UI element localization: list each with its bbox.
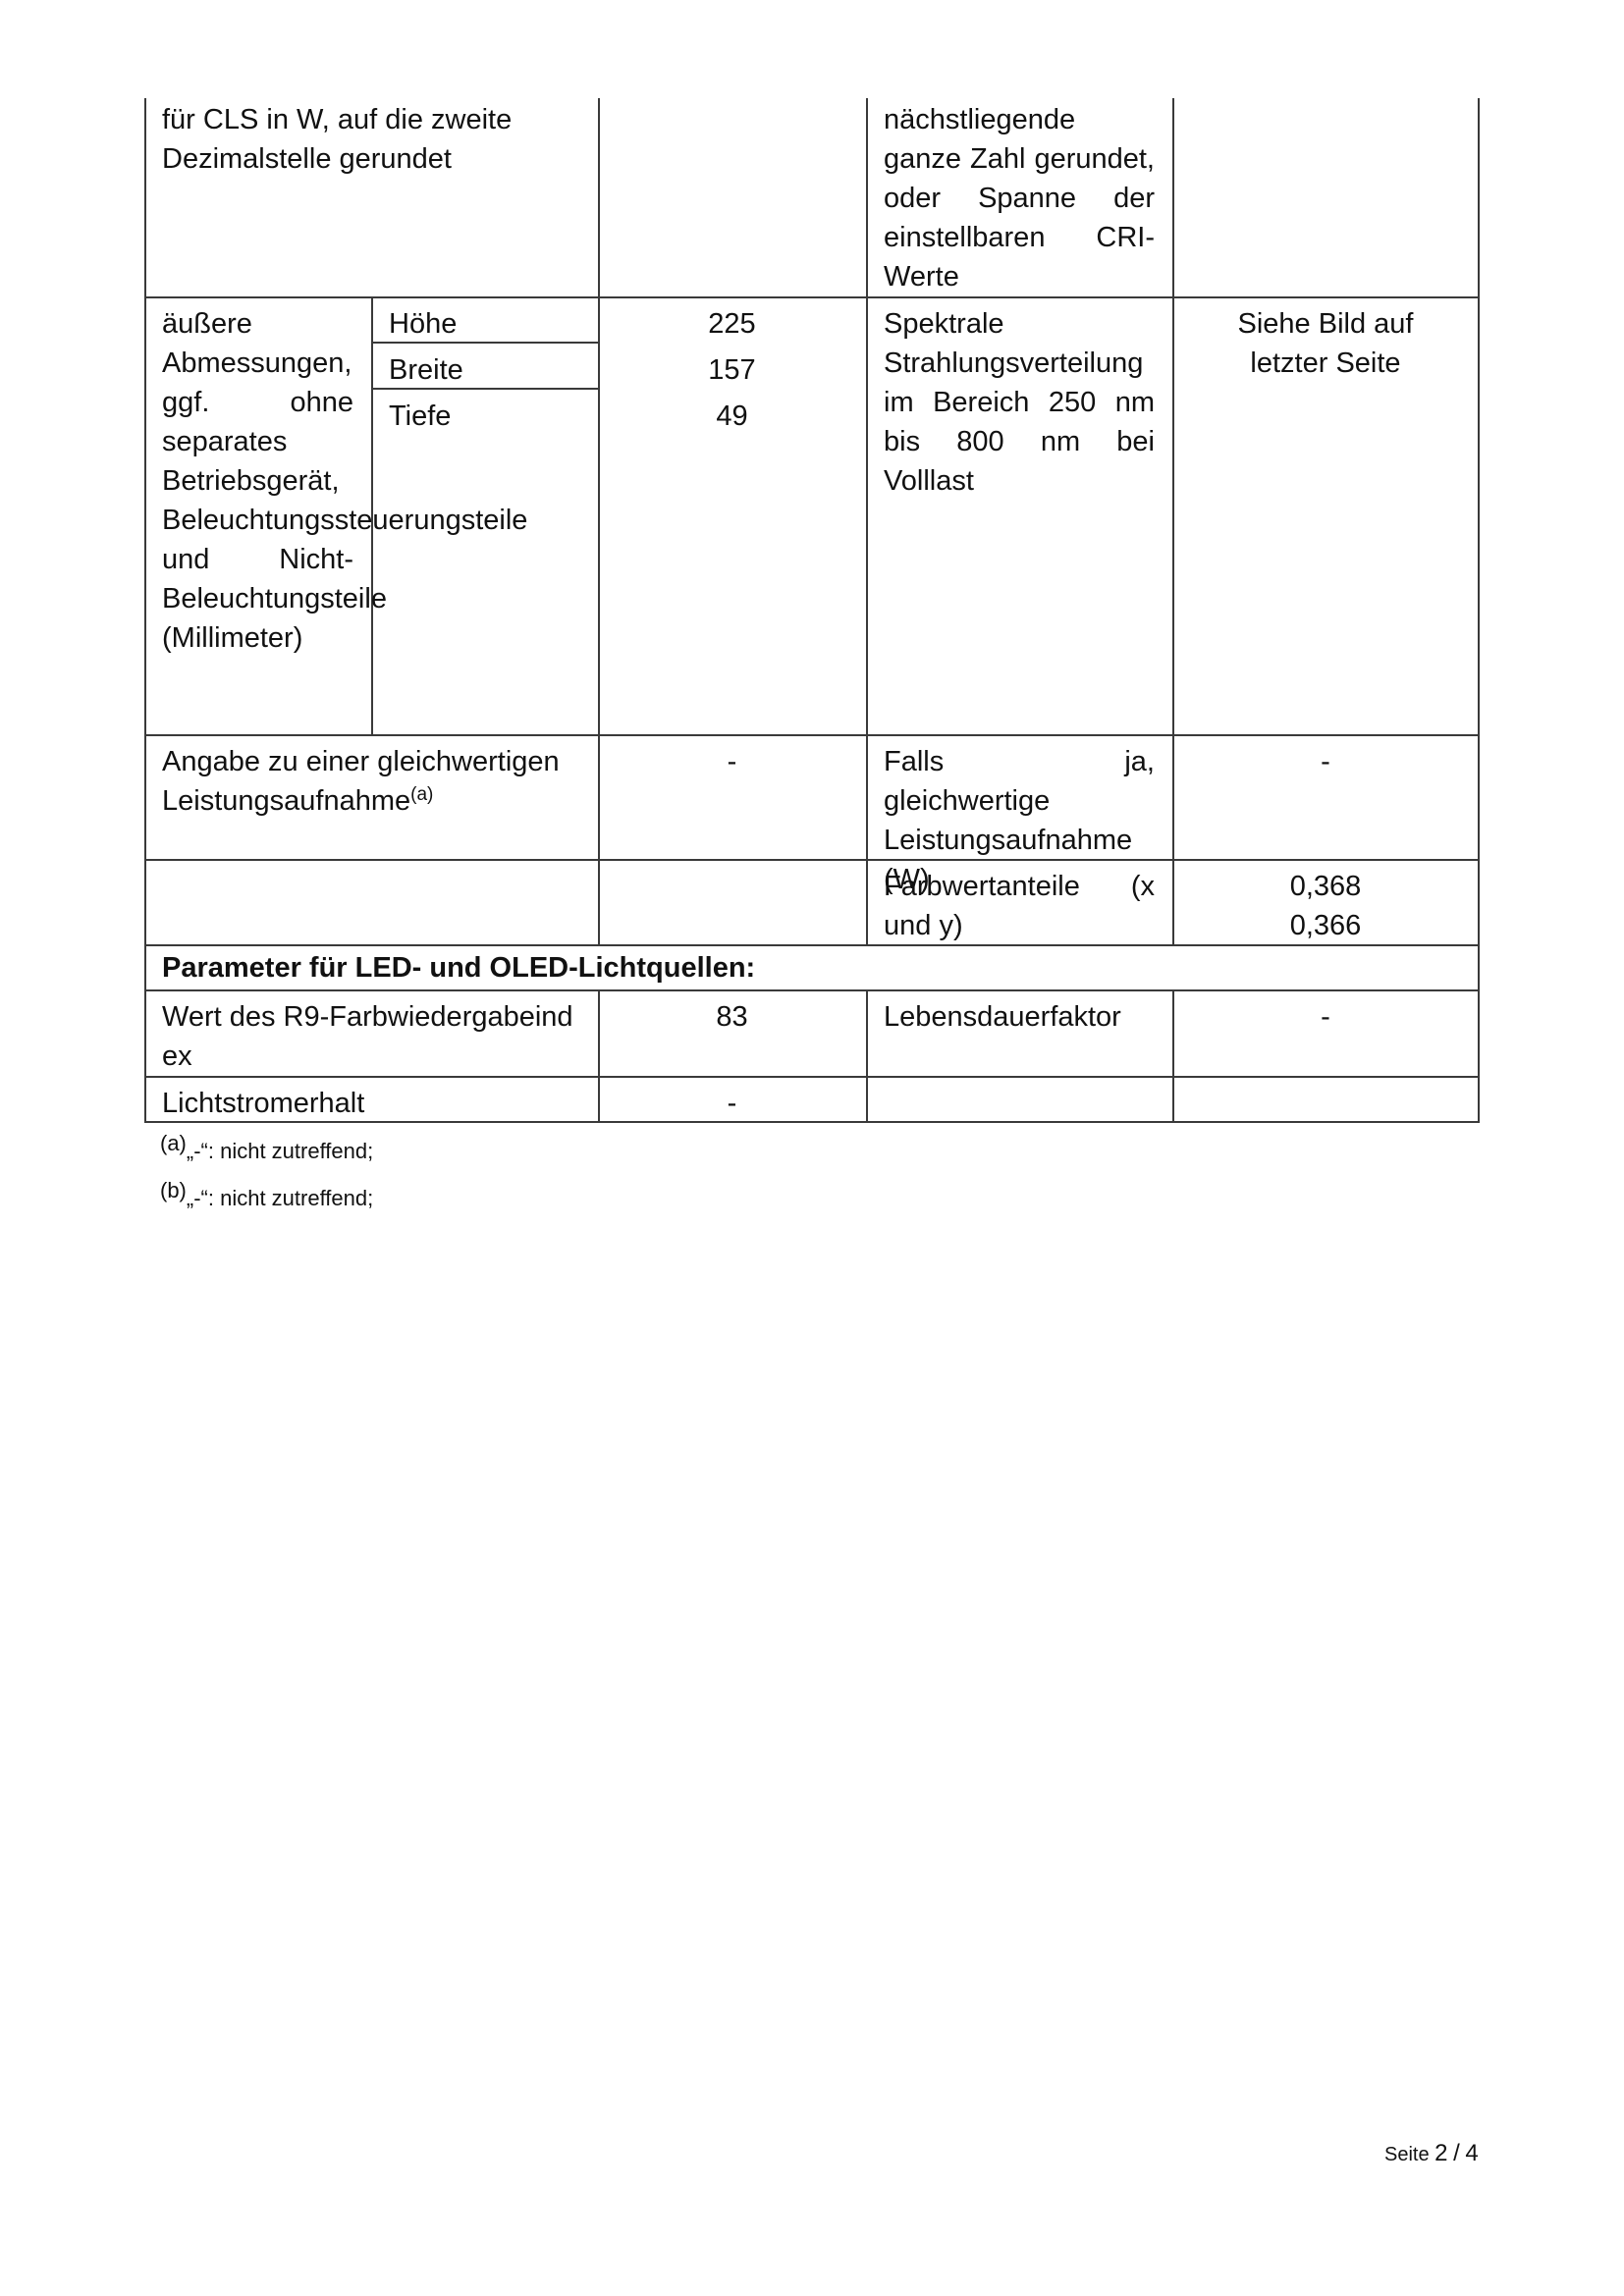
page-total: 4 [1465,2140,1478,2166]
chromaticity-empty-label [144,859,598,867]
flux-maintenance-value: - [598,1076,866,1123]
footnote-ref-a: (a) [410,784,433,805]
page-label: Seite [1384,2144,1430,2165]
lifetime-factor-label: Lebensdauerfaktor [866,989,1172,1037]
r9-index-label: Wert des R9-Farbwiedergabeindex [144,989,598,1076]
chromaticity-y-value: 0,366 [1190,906,1461,945]
chromaticity-x-value: 0,368 [1190,867,1461,906]
column-divider [1172,98,1174,946]
cls-power-label: für CLS in W, auf die zweite Dezimalstel… [144,92,598,179]
equivalent-power-value: - [598,734,866,781]
lifetime-factor-value: - [1172,989,1479,1037]
equivalent-power-text: Angabe zu einer gleichwertigen Leistungs… [162,746,560,817]
dimensions-label: äußere Abmessungen, ggf. ohne separates … [144,296,371,658]
chromaticity-label: Farbwertanteile (x und y) [866,859,1172,945]
r9-index-value: 83 [598,989,866,1037]
dimension-depth-label: Tiefe [371,389,598,436]
footnote-a: (a)„-“: nicht zutreffend; [160,1137,373,1166]
dimension-height-label: Höhe [371,296,598,344]
flux-empty-value [1172,1076,1479,1084]
led-oled-section-header: Parameter für LED- und OLED-Lichtquellen… [144,944,1480,988]
footnote-b-mark: (b) [160,1178,187,1202]
equivalent-power-label: Angabe zu einer gleichwertigen Leistungs… [144,734,598,821]
dimension-width-label: Breite [371,343,598,390]
flux-maintenance-label: Lichtstromerhalt [144,1076,598,1123]
cri-rounding-label: nächstliegende ganze Zahl gerundet, oder… [866,92,1172,296]
cri-rounding-value [1172,92,1479,100]
footnote-b: (b)„-“: nicht zutreffend; [160,1184,373,1213]
cls-power-value [598,92,866,100]
page-current: 2 [1435,2140,1447,2166]
flux-empty-label [866,1076,1172,1084]
column-divider [598,98,600,946]
footnote-a-text: „-“: nicht zutreffend; [187,1139,373,1163]
dimension-height-value: 225 [598,296,866,344]
footnote-a-mark: (a) [160,1131,187,1155]
spectral-distribution-label: Spektrale Strahlungsverteilung im Bereic… [866,296,1172,501]
dimension-depth-value: 49 [598,389,866,436]
chromaticity-value: 0,368 0,366 [1172,859,1479,945]
dimension-width-value: 157 [598,343,866,390]
footnote-b-text: „-“: nicht zutreffend; [187,1186,373,1210]
equivalent-power-watts-value: - [1172,734,1479,781]
spectral-distribution-value: Siehe Bild auf letzter Seite [1172,296,1479,383]
page-separator: / [1453,2140,1460,2166]
chromaticity-empty-value [598,859,866,867]
page-number: Seite 2 / 4 [1384,2140,1479,2167]
